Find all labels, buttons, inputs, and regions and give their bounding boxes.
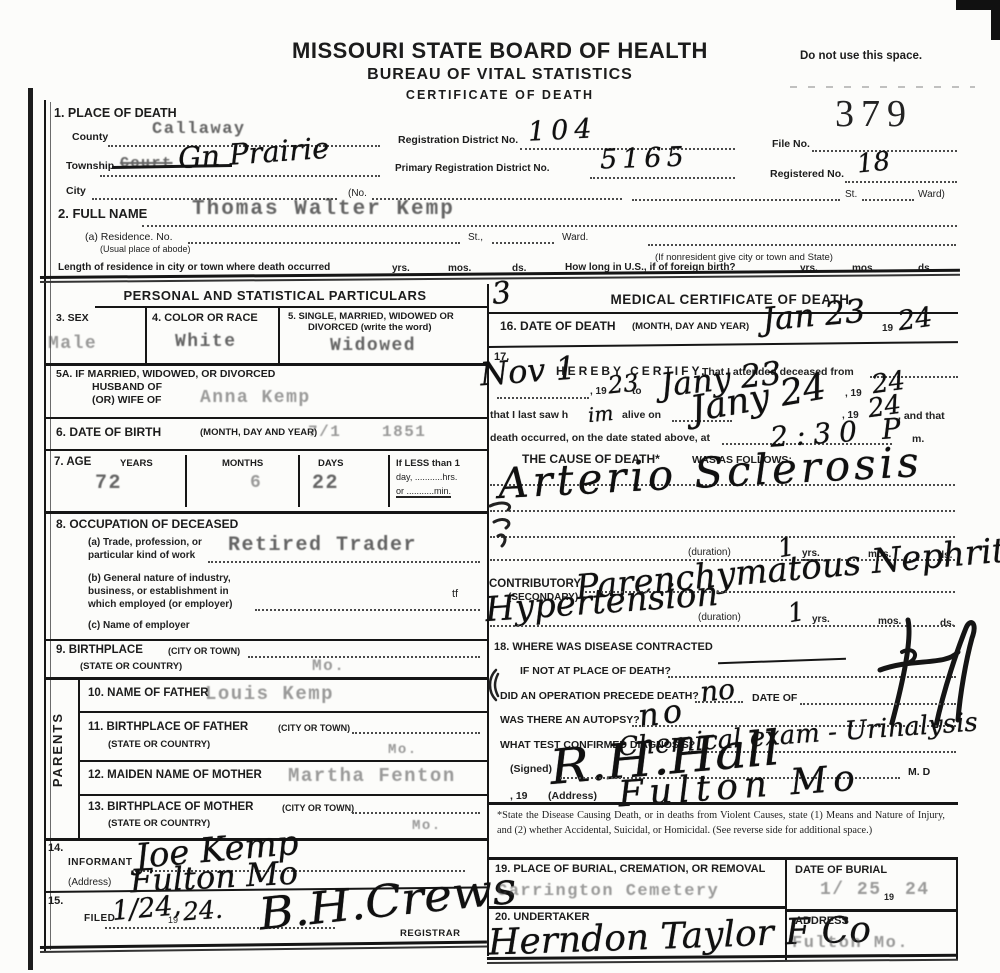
ink-scrawl-small: [484, 496, 524, 556]
informant-label: INFORMANT: [68, 857, 133, 868]
date-of-death-value: Jan 23: [761, 292, 867, 339]
age-years-value: 72: [95, 472, 122, 495]
lastsaw-label2: alive on: [622, 409, 661, 421]
primary-district-value: 5165: [599, 141, 689, 175]
row-rule: [44, 639, 487, 641]
duration2-label: (duration): [698, 612, 741, 623]
wife-of-label: (OR) WIFE OF: [92, 394, 161, 406]
full-name-value: Thomas Walter Kemp: [192, 198, 455, 221]
ward-line: [862, 198, 914, 201]
residence-st-line: [492, 241, 554, 244]
full-name-label: 2. FULL NAME: [58, 206, 147, 221]
father-bp-label: 11. BIRTHPLACE OF FATHER: [88, 721, 248, 733]
date-of-death-sub: (MONTH, DAY AND YEAR): [632, 321, 749, 332]
race-value: White: [175, 332, 237, 352]
row-rule: [44, 363, 487, 366]
occupation-c-label: (c) Name of employer: [88, 620, 190, 631]
cause-line3: [490, 535, 955, 538]
age-label: 7. AGE: [54, 456, 91, 468]
informant-num: 14.: [48, 842, 63, 854]
residence-ward-label: Ward.: [562, 232, 588, 243]
dob-sub-label: (MONTH, DAY AND YEAR): [200, 427, 317, 438]
age-days-label: DAYS: [318, 458, 344, 469]
footnote-text: *State the Disease Causing Death, or in …: [497, 808, 945, 839]
stray-type-mark: tf: [452, 588, 458, 600]
township-label: Township: [66, 160, 114, 172]
place-of-death-title: 1. PLACE OF DEATH: [54, 106, 177, 120]
certify-line2: [497, 396, 589, 399]
father-label: 10. NAME OF FATHER: [88, 687, 209, 699]
form-left-border-inner: [50, 102, 51, 950]
birthplace-label: 9. BIRTHPLACE: [56, 644, 143, 656]
scan-corner-mark-vertical: [991, 0, 1000, 40]
short-rule: [718, 658, 846, 664]
father-state-label: (STATE OR COUNTRY): [108, 739, 210, 750]
length-residence-label: Length of residence in city or town wher…: [58, 262, 330, 273]
street-line: [632, 198, 840, 201]
residence-label: (a) Residence. No.: [85, 231, 173, 243]
file-no-label: File No.: [772, 138, 810, 150]
date-of-death-year: 24: [896, 302, 934, 337]
birthplace-sub-label: (CITY OR TOWN): [168, 646, 240, 656]
sex-label: 3. SEX: [56, 312, 89, 324]
form-left-border: [44, 100, 46, 952]
parents-label: PARENTS: [50, 712, 65, 787]
father-bp-sub-label: (CITY OR TOWN): [278, 723, 350, 733]
row-rule: [78, 794, 487, 796]
township-struck-value: Court: [120, 155, 173, 172]
residence-line: [188, 241, 460, 244]
date-of-label: DATE OF: [752, 692, 797, 704]
undertaker-address-value: Fulton Mo.: [792, 934, 909, 953]
ward-label: Ward): [918, 189, 945, 200]
residence-st-label: St.,: [468, 232, 483, 243]
row-rule: [78, 760, 487, 762]
certify-19b: , 19: [845, 388, 862, 399]
physician-address-label: (Address): [548, 790, 597, 802]
page-mark: 3: [490, 275, 513, 312]
registered-no-label: Registered No.: [770, 168, 844, 180]
signed-label: (Signed): [510, 763, 552, 775]
year19-label: , 19: [510, 790, 528, 802]
md-label: M. D: [908, 766, 930, 778]
disease-contracted-label: 18. WHERE WAS DISEASE CONTRACTED: [494, 641, 713, 653]
s5a-label: 5A. IF MARRIED, WIDOWED, OR DIVORCED: [56, 368, 275, 380]
street-label: St.: [845, 189, 857, 200]
mother-bp-line: [352, 811, 480, 814]
occupation-label: 8. OCCUPATION OF DECEASED: [56, 517, 238, 531]
filed-19-label: 19: [168, 915, 178, 925]
row-rule: [78, 711, 487, 713]
certify-19a: , 19: [590, 386, 607, 397]
mother-value: Martha Fenton: [288, 765, 456, 787]
registered-no-line: [845, 180, 957, 183]
do-not-use-label: Do not use this space.: [800, 50, 922, 62]
less-than-line2: day, ...........hrs.: [396, 472, 457, 482]
mother-state-label: (STATE OR COUNTRY): [108, 818, 210, 829]
cell-divider: [388, 455, 390, 507]
filed-num: 15.: [48, 895, 63, 907]
cell-divider: [145, 307, 147, 363]
registered-no-value: 18: [856, 146, 892, 179]
certificate-title: CERTIFICATE OF DEATH: [230, 88, 770, 102]
lastsaw-label1: that I last saw h: [490, 409, 568, 421]
binding-bar: [28, 88, 33, 970]
disease-contracted-label2: IF NOT AT PLACE OF DEATH?: [520, 665, 671, 677]
county-label: County: [72, 131, 108, 143]
marital-value: Widowed: [330, 336, 416, 356]
cause-line2: [490, 509, 955, 512]
reg-district-value: 104: [527, 113, 598, 148]
to-label: to: [632, 386, 641, 397]
bureau-title: BUREAU OF VITAL STATISTICS: [230, 66, 770, 84]
father-bp-value: Mo.: [388, 742, 418, 758]
mother-bp-label: 13. BIRTHPLACE OF MOTHER: [88, 801, 253, 813]
spouse-value: Anna Kemp: [200, 388, 311, 408]
burial-date-value: 1/ 25: [820, 880, 882, 900]
filed-label: FILED: [84, 913, 115, 924]
occupation-b-line: [255, 608, 480, 611]
cell-divider: [278, 307, 280, 363]
race-label: 4. COLOR OR RACE: [152, 312, 258, 324]
operation-line: [695, 700, 743, 703]
birthplace-line: [248, 655, 480, 658]
occupation-a-label1: (a) Trade, profession, or: [88, 537, 202, 548]
parents-divider: [78, 679, 80, 838]
death-certificate-scan: MISSOURI STATE BOARD OF HEALTH BUREAU OF…: [0, 0, 1000, 973]
mother-bp-value: Mo.: [412, 818, 442, 834]
cell-divider: [298, 455, 300, 507]
row-rule: [44, 511, 487, 514]
less-than-line3: or ...........min.: [396, 486, 451, 498]
age-days-value: 22: [312, 472, 339, 495]
occupation-a-label2: particular kind of work: [88, 550, 195, 561]
lastsaw-hand-mark: im: [587, 401, 614, 427]
dob-year-value: 1851: [382, 423, 426, 441]
birthplace-state-label: (STATE OR COUNTRY): [80, 661, 182, 672]
occupation-b-label3: which employed (or employer): [88, 599, 232, 610]
dob-label: 6. DATE OF BIRTH: [56, 425, 161, 439]
row-rule: [44, 449, 487, 451]
date-of-death-19: 19: [882, 323, 893, 334]
row-rule: [489, 857, 958, 860]
father-bp-line: [352, 731, 480, 734]
faint-stamp-line: [790, 86, 975, 88]
personal-header: PERSONAL AND STATISTICAL PARTICULARS: [80, 288, 470, 303]
row-rule: [44, 677, 487, 680]
row-rule: [489, 341, 958, 348]
city-label: City: [66, 185, 86, 197]
marital-label-2: DIVORCED (write the word): [308, 322, 432, 333]
full-name-line: [142, 224, 957, 227]
primary-district-line: [590, 176, 735, 179]
double-rule-bottom-left: [40, 941, 487, 954]
dob-monthday-value: 7/1: [308, 423, 341, 441]
age-months-value: 6: [250, 473, 262, 493]
occupation-b-label1: (b) General nature of industry,: [88, 573, 231, 584]
less-than-line1: If LESS than 1: [396, 458, 460, 469]
operation-value: no: [698, 672, 736, 708]
row-rule: [489, 906, 787, 909]
age-years-label: YEARS: [120, 458, 153, 469]
occupation-value: Retired Trader: [228, 534, 417, 557]
informant-address-label: (Address): [68, 877, 111, 888]
marital-label-1: 5. SINGLE, MARRIED, WIDOWED OR: [288, 311, 454, 322]
undertaker-address-label: ADDRESS: [795, 915, 849, 927]
reg-district-label: Registration District No.: [398, 134, 518, 146]
husband-of-label: HUSBAND OF: [92, 381, 162, 393]
nonresident-line: [648, 243, 956, 246]
sex-value: Male: [48, 334, 97, 354]
date-of-line: [800, 702, 956, 705]
burial-place-label: 19. PLACE OF BURIAL, CREMATION, OR REMOV…: [495, 863, 765, 875]
registrar-label: REGISTRAR: [400, 928, 460, 939]
filed-year-value: 24.: [182, 895, 224, 927]
occupation-b-label2: business, or establishment in: [88, 586, 229, 597]
stamp-number: 379: [835, 92, 913, 136]
row-rule: [44, 417, 487, 419]
row-rule: [489, 312, 958, 314]
county-value: Callaway: [152, 120, 246, 139]
personal-header-rule: [95, 306, 487, 308]
burial-place-value: Carrington Cemetery: [497, 882, 719, 901]
cell-divider: [185, 455, 187, 507]
birthplace-value: Mo.: [312, 657, 345, 675]
cause-value: Arterio Sclerosis: [497, 437, 924, 508]
abode-label: (Usual place of abode): [100, 244, 191, 254]
medical-header: MEDICAL CERTIFICATE OF DEATH: [530, 292, 930, 307]
primary-district-label: Primary Registration District No.: [395, 163, 549, 174]
autopsy-label: WAS THERE AN AUTOPSY?: [500, 714, 640, 726]
occurred-label: death occurred, on the date stated above…: [490, 432, 710, 444]
burial-date-label: DATE OF BURIAL: [795, 864, 887, 876]
burial-year-value: 24: [905, 880, 930, 900]
burial-19-label: 19: [884, 892, 894, 902]
occupation-a-line: [208, 560, 480, 563]
date-of-death-label: 16. DATE OF DEATH: [500, 319, 616, 333]
row-rule: [489, 802, 958, 805]
agency-title: MISSOURI STATE BOARD OF HEALTH: [230, 38, 770, 64]
age-months-label: MONTHS: [222, 458, 263, 469]
mother-bp-sub-label: (CITY OR TOWN): [282, 803, 354, 813]
township-line: [100, 174, 380, 177]
father-value: Louis Kemp: [205, 683, 334, 705]
mother-label: 12. MAIDEN NAME OF MOTHER: [88, 769, 262, 781]
